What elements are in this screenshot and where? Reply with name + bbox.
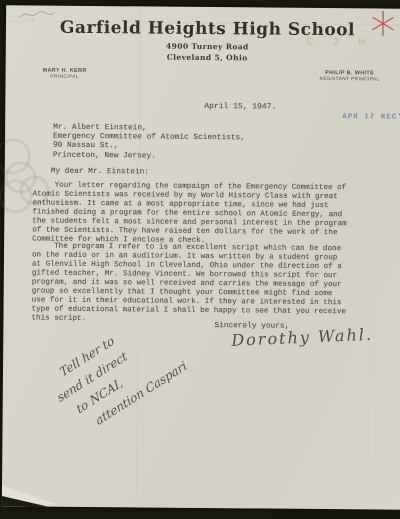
embossed-seal-ring bbox=[0, 179, 33, 213]
salutation: My dear Mr. Einstein: bbox=[51, 168, 149, 178]
body-paragraph-1: Your letter regarding the campaign of th… bbox=[32, 181, 379, 247]
recipient-address: Mr. Albert Einstein, Emergency Committee… bbox=[53, 124, 245, 162]
recipient-line: Mr. Albert Einstein, bbox=[53, 124, 147, 133]
school-city: Cleveland 5, Ohio bbox=[6, 51, 400, 64]
letter-paper: Garfield Heights High School 4900 Turney… bbox=[2, 5, 400, 509]
recipient-line: Princeton, New Jersey. bbox=[53, 151, 156, 160]
recipient-line: 90 Nassau St., bbox=[53, 142, 119, 151]
assistant-principal-title: ASSISTANT PRINCIPAL bbox=[305, 77, 395, 83]
principal-block: MARY H. KERR PRINCIPAL bbox=[20, 67, 110, 80]
red-asterisk-mark bbox=[370, 10, 396, 36]
faint-crayon-mark: C 3 H bbox=[306, 36, 374, 49]
principal-title: PRINCIPAL bbox=[20, 74, 110, 80]
assistant-principal-block: PHILIP B. WHITE ASSISTANT PRINCIPAL bbox=[305, 70, 395, 83]
assistant-principal-name: PHILIP B. WHITE bbox=[305, 70, 395, 77]
principal-name: MARY H. KERR bbox=[20, 67, 110, 74]
pencil-squiggle-mark bbox=[18, 7, 56, 23]
received-stamp: APR 17 REC'D bbox=[342, 113, 400, 122]
letter-date: April 15, 1947. bbox=[204, 102, 276, 112]
